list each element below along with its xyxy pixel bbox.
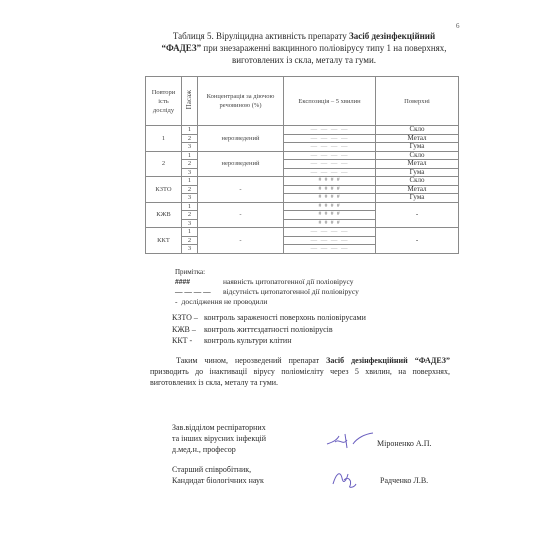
header-exposure: Експозиція – 5 хвилин — [284, 77, 376, 126]
passage-cell: 2 — [182, 160, 198, 169]
surface-cell: Скло — [376, 126, 459, 135]
table-row: 2— — — —Метал — [146, 134, 459, 143]
abbreviation-item: КЖВ – контроль життєздатності поліовірус… — [172, 324, 366, 336]
table-row: 2# # # #Метал — [146, 185, 459, 194]
table-caption: Таблиця 5. Віруліцидна активність препар… — [150, 30, 458, 66]
surface-cell: Гума — [376, 143, 459, 152]
repeat-cell: ККТ — [146, 228, 182, 254]
surface-cell: Гума — [376, 168, 459, 177]
conclusion-paragraph: Таким чином, нерозведений препарат Засіб… — [150, 355, 450, 388]
passage-cell: 3 — [182, 245, 198, 254]
exposure-cell: # # # # — [284, 202, 376, 211]
table-row: 11нерозведений— — — —Скло — [146, 126, 459, 135]
passage-cell: 1 — [182, 126, 198, 135]
legend-label: Примітка: — [175, 267, 359, 277]
legend: Примітка: ####наявність цитопатогенної д… — [175, 267, 359, 307]
repeat-cell: 1 — [146, 126, 182, 152]
concentration-cell: - — [198, 202, 284, 228]
signatory-2-position: Старший співробітник, Кандидат біологічн… — [172, 464, 264, 486]
passage-cell: 1 — [182, 228, 198, 237]
surface-cell: Метал — [376, 134, 459, 143]
signatory-1-name: Міроненко А.П. — [377, 439, 431, 448]
exposure-cell: # # # # — [284, 219, 376, 228]
concentration-cell: нерозведений — [198, 151, 284, 177]
table-row: КЖВ1-# # # #- — [146, 202, 459, 211]
table-row: 3# # # #Гума — [146, 194, 459, 203]
repeat-cell: КЖВ — [146, 202, 182, 228]
exposure-cell: # # # # — [284, 211, 376, 220]
table-row: КЗТО1-# # # #Скло — [146, 177, 459, 186]
passage-cell: 3 — [182, 168, 198, 177]
page-number: 6 — [456, 22, 460, 30]
exposure-cell: — — — — — [284, 134, 376, 143]
table-header-row: Повтори ість досліду Пасаж Концентрація … — [146, 77, 459, 126]
table-row: ККТ1-— — — —- — [146, 228, 459, 237]
surface-cell: - — [376, 228, 459, 254]
abbreviation-item: ККТ - контроль культури клітин — [172, 335, 366, 347]
exposure-cell: — — — — — [284, 126, 376, 135]
surface-cell: - — [376, 202, 459, 228]
caption-product-brand: “ФАДЕЗ” — [161, 43, 201, 53]
exposure-cell: — — — — — [284, 143, 376, 152]
header-concentration: Концентрація за діючою речовиною (%) — [198, 77, 284, 126]
exposure-cell: — — — — — [284, 160, 376, 169]
signatory-1-position: Зав.відділом респіраторних та інших віру… — [172, 422, 266, 455]
header-repeat: Повтори ість досліду — [146, 77, 182, 126]
exposure-cell: # # # # — [284, 177, 376, 186]
exposure-cell: — — — — — [284, 168, 376, 177]
header-surfaces: Поверхні — [376, 77, 459, 126]
caption-product-name: Засіб дезінфекційний — [349, 31, 435, 41]
virucidal-activity-table: Повтори ість досліду Пасаж Концентрація … — [145, 76, 459, 254]
repeat-cell: 2 — [146, 151, 182, 177]
passage-cell: 2 — [182, 185, 198, 194]
exposure-cell: — — — — — [284, 151, 376, 160]
abbreviations: КЗТО – контроль зараженості поверхонь по… — [172, 312, 366, 347]
passage-cell: 1 — [182, 177, 198, 186]
header-passage: Пасаж — [182, 77, 198, 126]
concentration-cell: нерозведений — [198, 126, 284, 152]
passage-cell: 1 — [182, 151, 198, 160]
passage-cell: 2 — [182, 211, 198, 220]
passage-cell: 2 — [182, 134, 198, 143]
exposure-cell: — — — — — [284, 236, 376, 245]
exposure-cell: # # # # — [284, 185, 376, 194]
surface-cell: Скло — [376, 177, 459, 186]
surface-cell: Метал — [376, 185, 459, 194]
passage-cell: 2 — [182, 236, 198, 245]
abbreviation-item: КЗТО – контроль зараженості поверхонь по… — [172, 312, 366, 324]
legend-item: ####наявність цитопатогенної дії поліові… — [175, 277, 359, 287]
concentration-cell: - — [198, 177, 284, 203]
signature-2-icon — [330, 466, 360, 490]
signature-1-icon — [325, 430, 375, 452]
exposure-cell: # # # # — [284, 194, 376, 203]
passage-cell: 1 — [182, 202, 198, 211]
concentration-cell: - — [198, 228, 284, 254]
passage-cell: 3 — [182, 143, 198, 152]
exposure-cell: — — — — — [284, 228, 376, 237]
surface-cell: Гума — [376, 194, 459, 203]
caption-prefix: Таблиця 5. Віруліцидна активність препар… — [173, 31, 349, 41]
legend-item: — — — —відсутність цитопатогенної дії по… — [175, 287, 359, 297]
passage-cell: 3 — [182, 219, 198, 228]
table-row: 3— — — —Гума — [146, 168, 459, 177]
legend-item: -дослідження не проводили — [175, 297, 359, 307]
table-row: 2— — — —Метал — [146, 160, 459, 169]
surface-cell: Скло — [376, 151, 459, 160]
repeat-cell: КЗТО — [146, 177, 182, 203]
passage-cell: 3 — [182, 194, 198, 203]
table-row: 3— — — —Гума — [146, 143, 459, 152]
caption-rest: при знезараженні вакцинного поліовірусу … — [201, 43, 446, 65]
exposure-cell: — — — — — [284, 245, 376, 254]
signatory-2-name: Радченко Л.В. — [380, 476, 428, 485]
table-row: 21нерозведений— — — —Скло — [146, 151, 459, 160]
surface-cell: Метал — [376, 160, 459, 169]
